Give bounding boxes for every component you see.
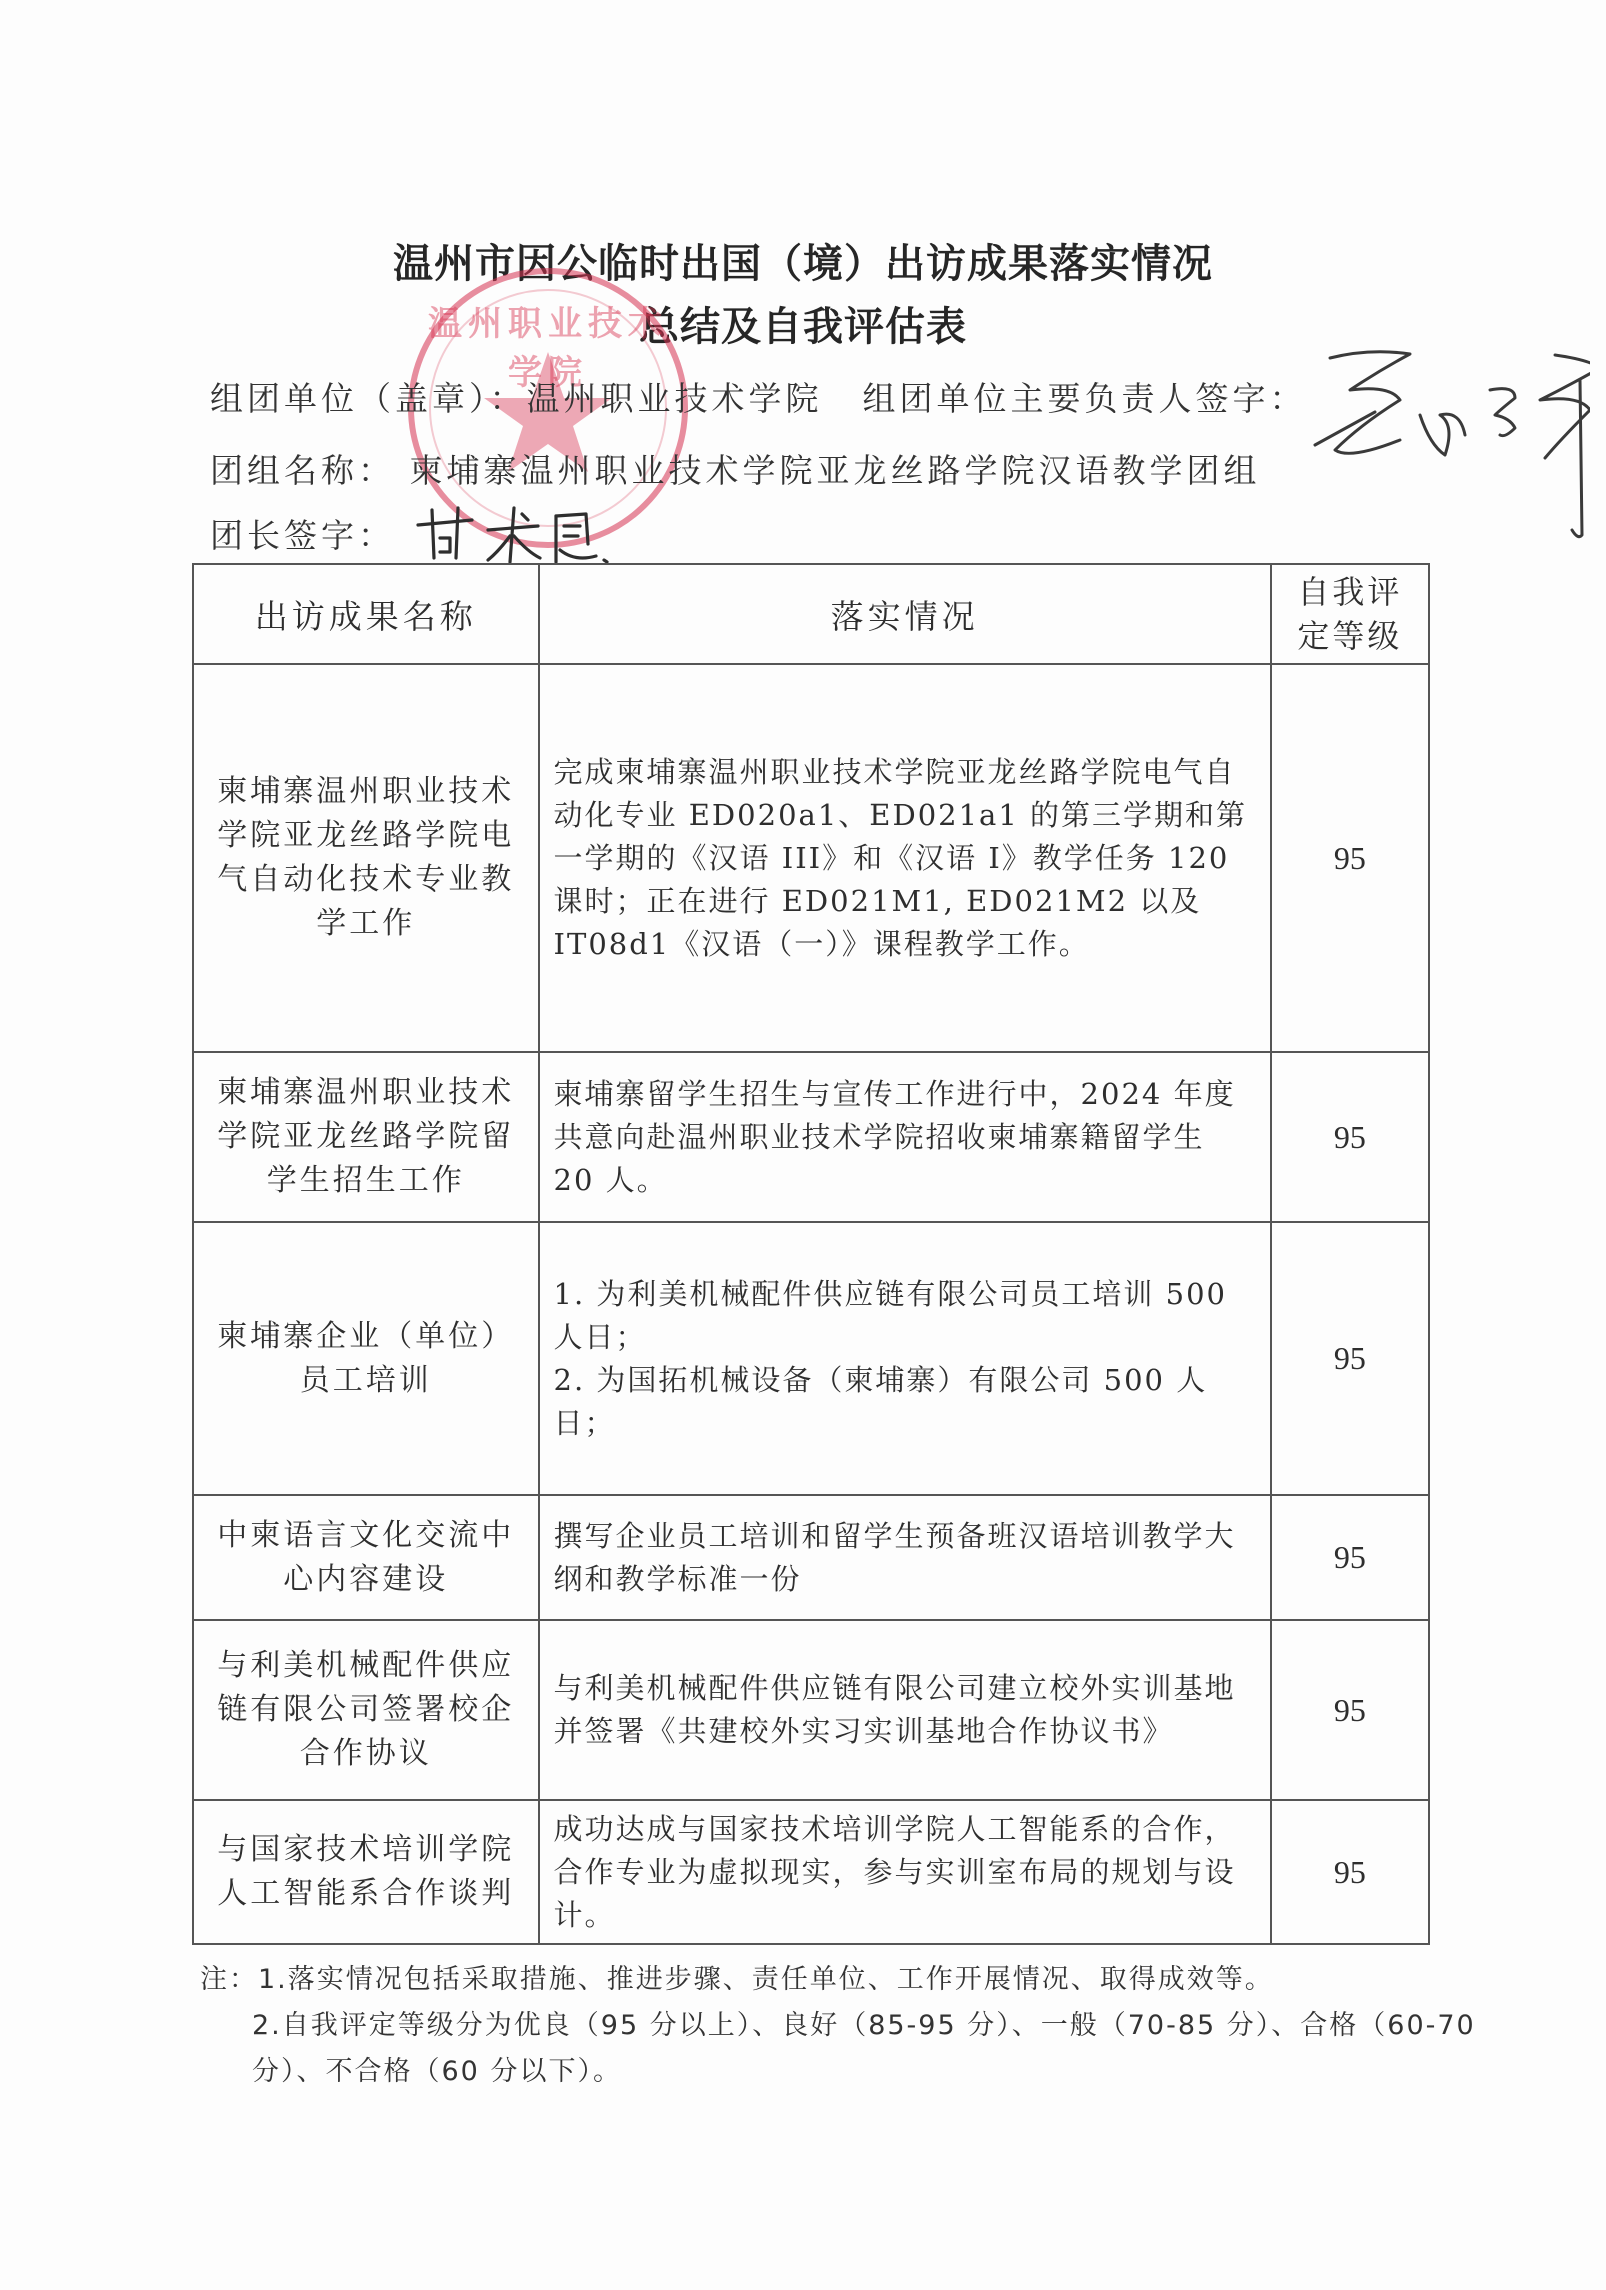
head-signature-line: 团长签字： [210,510,395,557]
organizing-unit-line: 组团单位（盖章）：温州职业技术学院组团单位主要负责人签字： [210,373,1307,420]
document-title-line-1: 温州市因公临时出国（境）出访成果落实情况 [0,232,1606,289]
status-cell: 成功达成与国家技术培训学院人工智能系的合作，合作专业为虚拟现实，参与实训室布局的… [539,1800,1271,1944]
header-implementation-status: 落实情况 [539,564,1271,664]
header-grade-line-1: 自我评 [1272,570,1428,614]
head-signature-label: 团长签字： [210,516,395,555]
head-handwritten-signature [410,500,620,570]
note-prefix: 注： [200,1964,258,1995]
header-self-assessment-grade: 自我评 定等级 [1271,564,1429,664]
table-row: 中柬语言文化交流中心内容建设 撰写企业员工培训和留学生预备班汉语培训教学大纲和教… [193,1495,1429,1620]
status-cell: 完成柬埔寨温州职业技术学院亚龙丝路学院电气自动化专业 ED020a1、ED021… [539,664,1271,1052]
footnotes: 注：1.落实情况包括采取措施、推进步骤、责任单位、工作开展情况、取得成效等。 2… [200,1957,1476,2095]
outcome-name-cell: 与国家技术培训学院人工智能系合作谈判 [193,1800,539,1944]
header-outcome-name: 出访成果名称 [193,564,539,664]
leader-signature-label: 组团单位主要负责人签字： [863,379,1307,418]
status-list-item: 2. 为国拓机械设备（柬埔寨）有限公司 500 人日； [554,1359,1256,1445]
note-1-text: 1.落实情况包括采取措施、推进步骤、责任单位、工作开展情况、取得成效等。 [258,1964,1274,1995]
grade-cell: 95 [1271,1620,1429,1800]
status-cell: 1. 为利美机械配件供应链有限公司员工培训 500 人日； 2. 为国拓机械设备… [539,1222,1271,1495]
table-header-row: 出访成果名称 落实情况 自我评 定等级 [193,564,1429,664]
status-cell: 柬埔寨留学生招生与宣传工作进行中，2024 年度共意向赴温州职业技术学院招收柬埔… [539,1052,1271,1222]
outcome-name-cell: 与利美机械配件供应链有限公司签署校企合作协议 [193,1620,539,1800]
document-title-line-2: 总结及自我评估表 [0,295,1606,352]
outcome-name-cell: 柬埔寨温州职业技术学院亚龙丝路学院电气自动化技术专业教学工作 [193,664,539,1052]
table-row: 柬埔寨温州职业技术学院亚龙丝路学院电气自动化技术专业教学工作 完成柬埔寨温州职业… [193,664,1429,1052]
status-cell: 撰写企业员工培训和留学生预备班汉语培训教学大纲和教学标准一份 [539,1495,1271,1620]
group-name-value: 柬埔寨温州职业技术学院亚龙丝路学院汉语教学团组 [410,451,1261,490]
table-row: 柬埔寨企业（单位）员工培训 1. 为利美机械配件供应链有限公司员工培训 500 … [193,1222,1429,1495]
document-page: 温州市因公临时出国（境）出访成果落实情况 总结及自我评估表 温州职业技术学院 组… [0,0,1606,2290]
leader-handwritten-signature [1290,330,1590,550]
note-line-2: 2.自我评定等级分为优良（95 分以上）、良好（85-95 分）、一般（70-8… [200,2003,1476,2049]
status-cell: 与利美机械配件供应链有限公司建立校外实训基地并签署《共建校外实习实训基地合作协议… [539,1620,1271,1800]
grade-cell: 95 [1271,1800,1429,1944]
outcome-name-cell: 柬埔寨温州职业技术学院亚龙丝路学院留学生招生工作 [193,1052,539,1222]
header-grade-line-2: 定等级 [1272,614,1428,658]
outcome-name-cell: 中柬语言文化交流中心内容建设 [193,1495,539,1620]
group-name-line: 团组名称： 柬埔寨温州职业技术学院亚龙丝路学院汉语教学团组 [210,445,1261,492]
grade-cell: 95 [1271,1222,1429,1495]
grade-cell: 95 [1271,664,1429,1052]
group-name-label: 团组名称： [210,451,395,490]
organizing-unit-label: 组团单位（盖章）： [210,379,527,418]
table-row: 与国家技术培训学院人工智能系合作谈判 成功达成与国家技术培训学院人工智能系的合作… [193,1800,1429,1944]
note-line-3: 分）、不合格（60 分以下）。 [200,2049,1476,2095]
grade-cell: 95 [1271,1052,1429,1222]
organizing-unit-value: 温州职业技术学院 [527,379,823,418]
status-list-item: 1. 为利美机械配件供应链有限公司员工培训 500 人日； [554,1273,1256,1359]
note-line-1: 注：1.落实情况包括采取措施、推进步骤、责任单位、工作开展情况、取得成效等。 [200,1957,1476,2003]
outcome-name-cell: 柬埔寨企业（单位）员工培训 [193,1222,539,1495]
outcomes-table: 出访成果名称 落实情况 自我评 定等级 柬埔寨温州职业技术学院亚龙丝路学院电气自… [192,563,1430,1945]
table-row: 与利美机械配件供应链有限公司签署校企合作协议 与利美机械配件供应链有限公司建立校… [193,1620,1429,1800]
grade-cell: 95 [1271,1495,1429,1620]
table-row: 柬埔寨温州职业技术学院亚龙丝路学院留学生招生工作 柬埔寨留学生招生与宣传工作进行… [193,1052,1429,1222]
